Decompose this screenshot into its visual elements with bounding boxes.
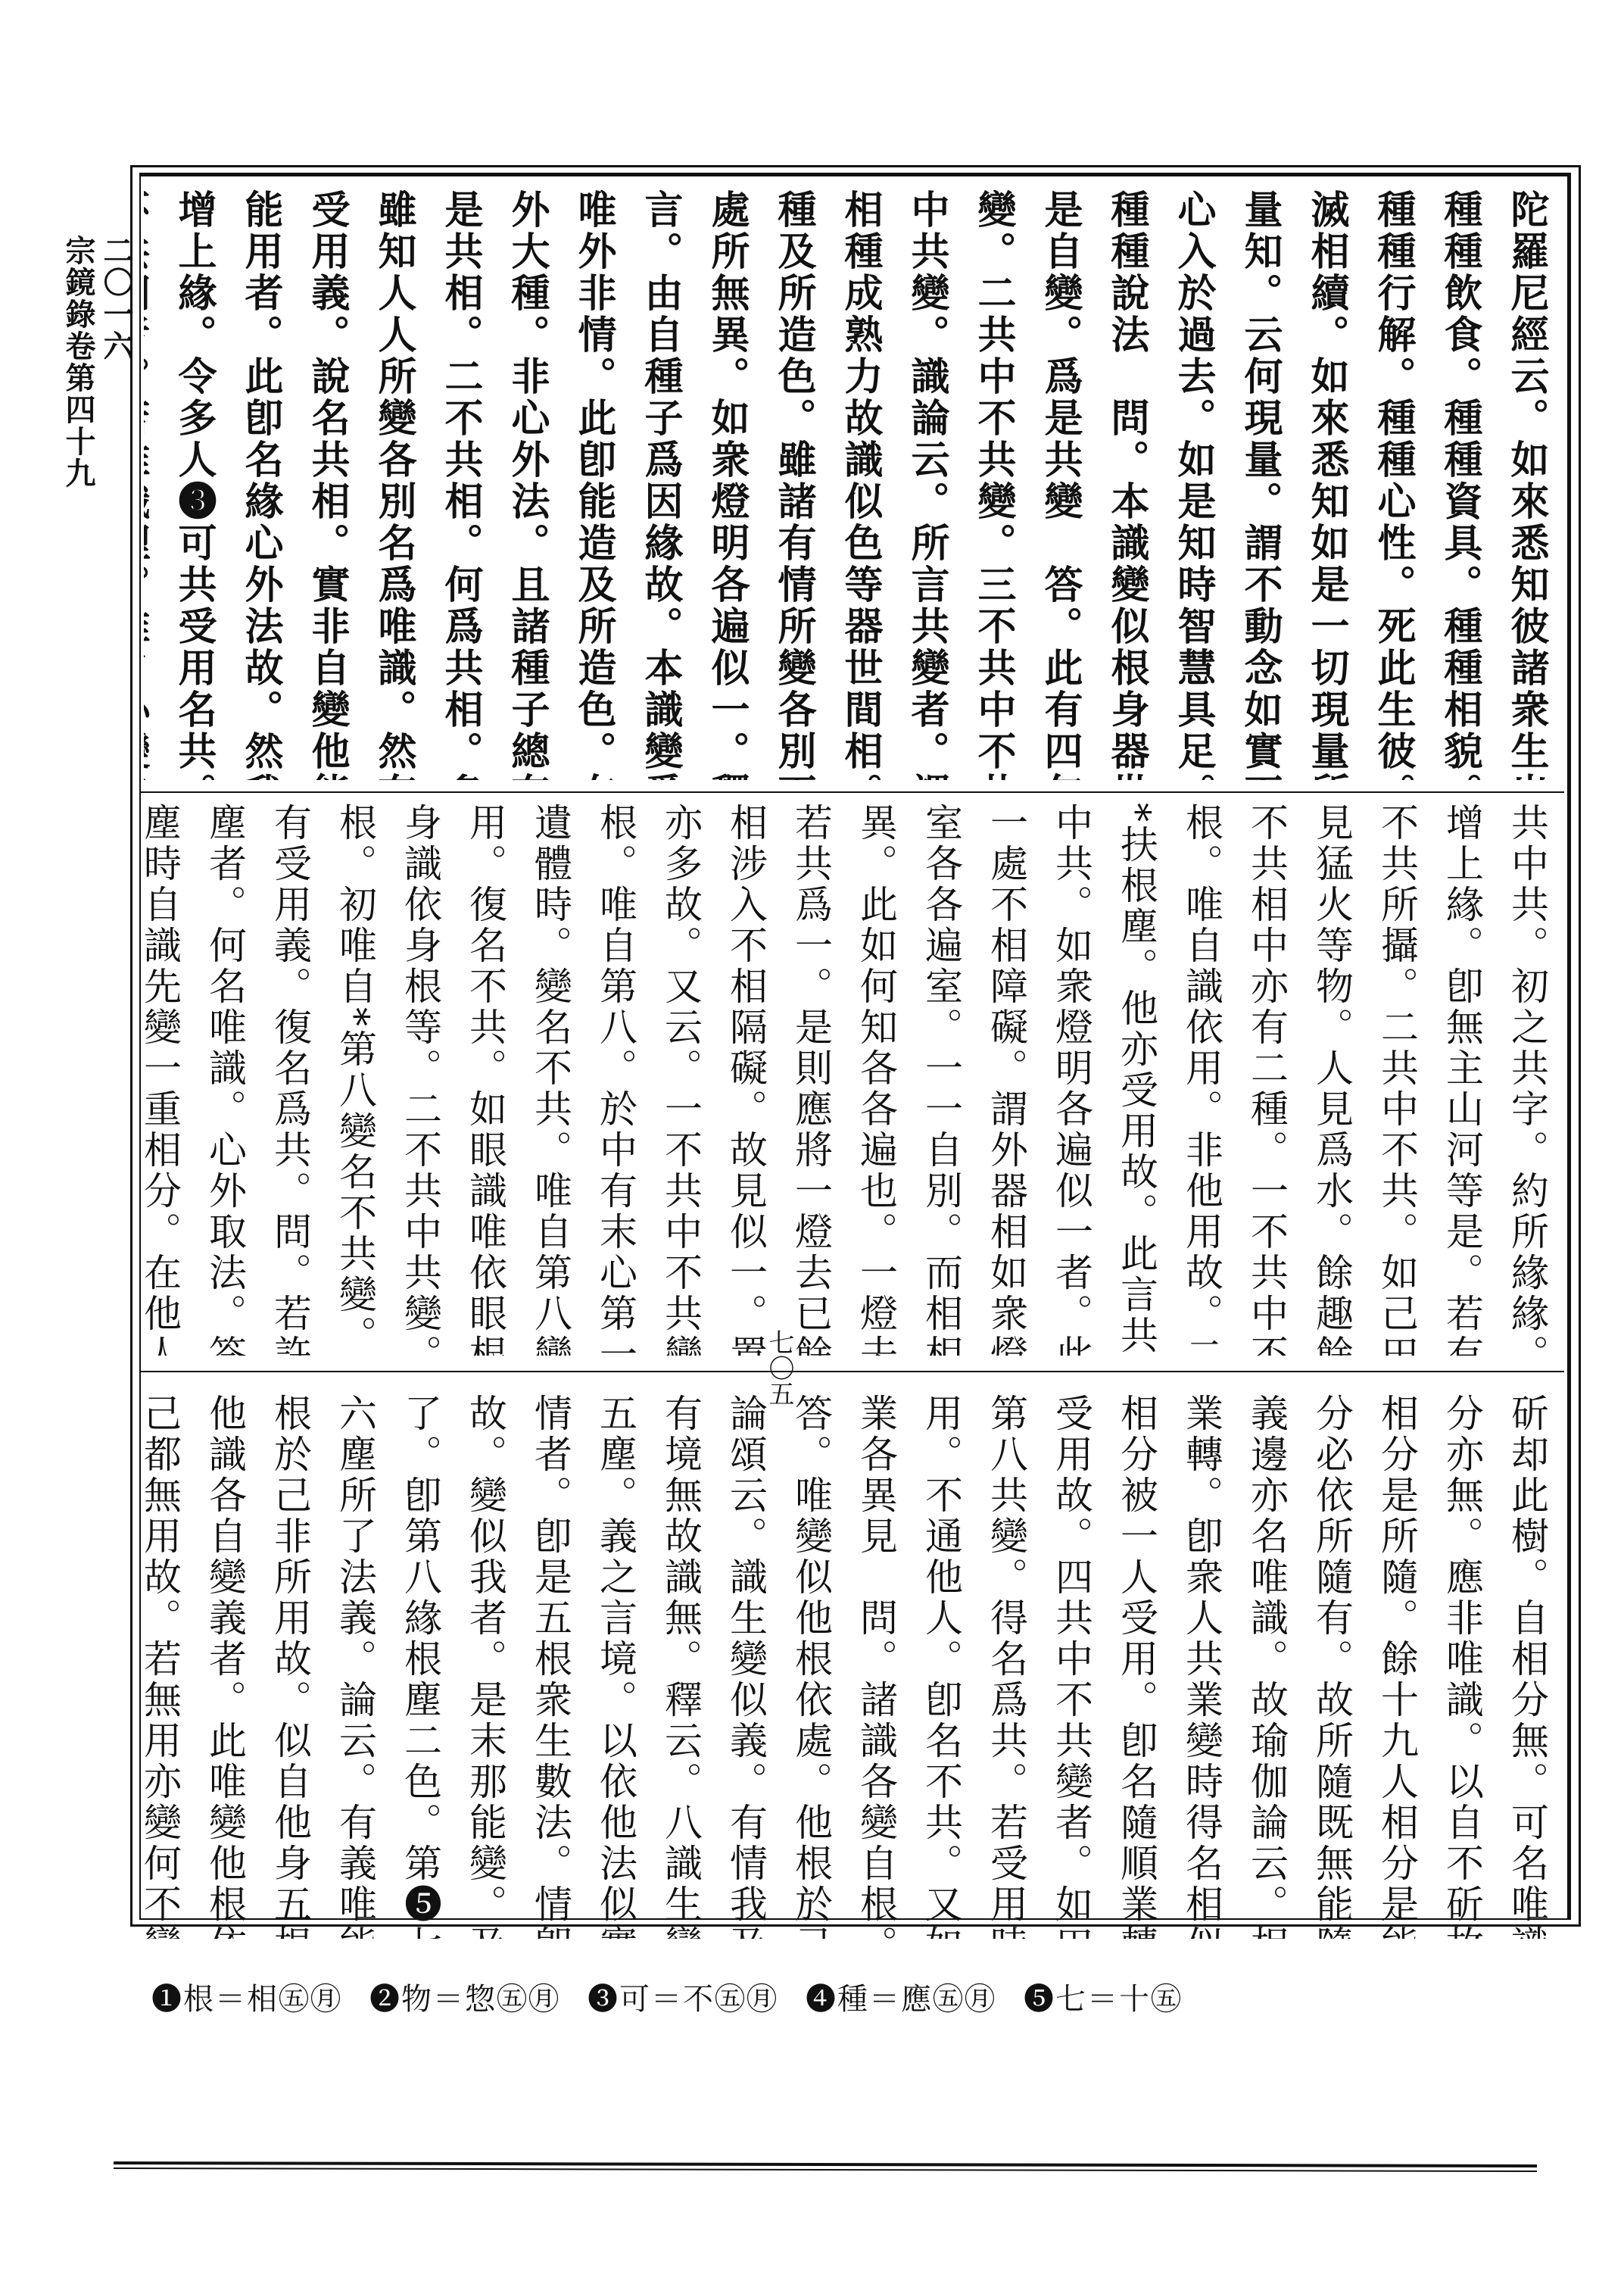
text-column: 遺體時。變名不共。唯自第八變故。又唯自受 (518, 803, 583, 1356)
text-column: 唯外非情。此卽能造及所造色。在外處故言 (560, 189, 627, 780)
text-column: 情者。卽是五根衆生數法。情卽是根。名薩埵 (518, 1393, 583, 1939)
bottom-rule (114, 2167, 1537, 2172)
text-register-middle: 共中共。初之共字。約所緣緣。後之共字。約增上緣。卽無主山河等是。若有主者。卽共中… (144, 803, 1560, 1356)
text-column: 變。二共中不共變。三不共中不共變。四不共 (960, 189, 1027, 780)
text-column: 亦多故。又云。一不共中不共變。如眼等五 (648, 803, 713, 1356)
text-column: 相種成熟力故識似色等器世間相。卽外大 (827, 189, 893, 780)
register-divider (141, 791, 1564, 793)
text-column: 五塵。義之言境。以依他法似實有故。變似有 (583, 1393, 648, 1939)
text-column: 他識各自變義者。此唯變他根依處。他根於 (192, 1393, 257, 1939)
text-column: 增上緣。令多人❸可共受用名共。如山河等。 (161, 189, 227, 780)
text-column: 相涉入不相隔礙。故見似一。置多燈已人影 (713, 803, 778, 1356)
text-column: 見猛火等物。人見爲水。餘趣餘人不能用故。 (1299, 803, 1364, 1356)
running-title: 宗鏡錄卷第四十九 (61, 235, 96, 489)
text-column: 分必依所隨有。故所隨既無能隨亦滅。由此 (1299, 1393, 1364, 1939)
text-column: 業各異見 問。諸識各變自根。還變他根不 (843, 1393, 909, 1939)
text-column: 種種飲食。種種資具。種種相貌。種種❶根器。 (1426, 189, 1493, 780)
text-column: 一處不相障礙。謂外器相如衆燈明。共在一 (974, 803, 1039, 1356)
text-column: 不共相中亦有二種。一不共中不共。如眼等 (1234, 803, 1299, 1356)
text-column: 了。卽第八緣根塵二色。第❺七緣我。六識緣 (388, 1393, 453, 1939)
text-column: 六塵所了法義。論云。有義唯能變似依處。他 (323, 1393, 388, 1939)
text-column: 答。唯變似他根依處。他根於己都無用故。 (778, 1393, 843, 1939)
text-column: 分亦無。應非唯識。以自不斫故。答。一人所斫 (1429, 1393, 1495, 1939)
text-column: 共中共。初之共字。約所緣緣。後之共字。約 (1495, 803, 1560, 1356)
text-column: 能用者。此卽名緣心外法故。然我此❷物爲 (227, 189, 294, 780)
text-column: 增上緣。卽無主山河等是。若有主者。卽共中 (1429, 803, 1495, 1356)
text-column: 陀羅尼經云。如來悉知彼諸衆生出息入息。 (1493, 189, 1560, 780)
text-column: 有境無故識無。釋云。八識生變似義者。卽是 (648, 1393, 713, 1939)
text-column: 室各各遍室。一一自別。而相相似。處所無 (909, 803, 974, 1356)
text-register-bottom: 斫却此樹。自相分無。可名唯識。餘十九人相分亦無。應非唯識。以自不斫故。答。一人所… (144, 1393, 1560, 1939)
text-column: 用。復名不共。如眼識唯依眼根發眼識。乃至 (453, 803, 518, 1356)
text-column: 根。初唯自*第八變名不共變。生已後他人亦 (323, 803, 388, 1356)
text-column: 根於己非所用故。似自他身五根現者。說自 (257, 1393, 323, 1939)
text-column: 業轉。卽衆人共業變時得名相似業。共多人 (1169, 1393, 1234, 1939)
text-column: 中共。如衆燈明各遍似一者。此釋共果同在 (1039, 803, 1104, 1356)
text-column: *扶根塵。他亦受用故。此言共相❹種者。卽共 (1104, 803, 1169, 1356)
text-column: 是共相。二不共相。何爲共相。多人所感故。 (427, 189, 494, 780)
inner-page-number: 七〇五 (761, 1329, 798, 1406)
text-register-top: 陀羅尼經云。如來悉知彼諸衆生出息入息。種種飲食。種種資具。種種相貌。種種❶根器。… (144, 189, 1560, 780)
text-column: 異。此如何知各各遍也。一燈去時其光常遍。 (843, 803, 909, 1356)
text-column: 根。唯自第八。於中有末心第一念。託父母 (583, 803, 648, 1356)
footnote-item: ❶根＝相㊄㊊ (151, 1982, 342, 2017)
text-column: 受用故。四共中不共變者。如田宅妻子。多人 (1039, 1393, 1104, 1939)
text-column: 相分是所隨。餘十九人相分是能隨。能隨相 (1364, 1393, 1429, 1939)
text-column: 滅相續。如來悉知如是一切現量所得。非比 (1293, 189, 1360, 780)
footnote-item: ❺七＝十㊄ (1024, 1982, 1183, 2017)
text-column: 量知。云何現量。謂不動念如實而知。非流注 (1227, 189, 1293, 780)
footnote-item: ❷物＝惣㊄㊊ (369, 1982, 560, 2017)
text-column: 言。由自種子爲因緣故。本識變爲器世間相。 (627, 189, 694, 780)
footnote-item: ❸可＝不㊄㊊ (588, 1982, 778, 2017)
text-column: 不共所攝。二共中不共。如己田宅及鬼等所 (1364, 803, 1429, 1356)
text-column: 受用義。說名共相。實非自變他能用之。若 (294, 189, 360, 780)
text-column: 義邊亦名唯識。故瑜伽論云。相似業生隨順 (1234, 1393, 1299, 1939)
text-column: 心入於過去。如是知時智慧具足。隨衆生心 (1160, 189, 1227, 780)
text-column: 雖知人人所變各別名爲唯識。然有相似共 (360, 189, 427, 780)
text-column: 種種行解。種種心性。死此生彼。刹那流注。生 (1360, 189, 1426, 780)
text-column: 第八共變。得名爲共。若受用時唯自前六受 (974, 1393, 1039, 1939)
text-column: 有受用義。復名爲共。問。若許受用他人*扶 (257, 803, 323, 1356)
text-column: 用。不通他人。卽名不共。又如一水應四心隨 (909, 1393, 974, 1939)
text-column: 相分被一人受用。卽名隨順業轉。又共變共 (1104, 1393, 1169, 1939)
text-column: 斫却此樹。自相分無。可名唯識。餘十九人相 (1495, 1393, 1560, 1939)
text-column: 種及所造色。雖諸有情所變各別而相相似。 (760, 189, 827, 780)
bottom-rule (114, 2161, 1537, 2167)
text-column: 種種說法 問。本識變似根身器世間等。爲 (1093, 189, 1160, 780)
text-column: 外大種。非心外法。且諸種子總有二種。一 (494, 189, 560, 780)
page-number: 二〇一六 (97, 235, 135, 444)
footnote-item: ❹種＝應㊄㊊ (806, 1982, 996, 2017)
text-column: 中共變。識論云。所言共變者。謂異熟識由共 (893, 189, 960, 780)
text-column: 若共爲一。是則應將一燈去已餘明不遍。又 (778, 803, 843, 1356)
text-column: 身識依身根等。二不共中共變。卽內*扶塵 (388, 803, 453, 1356)
text-column: 根。唯自識依用。非他用故。二不共中共。如自 (1169, 803, 1234, 1356)
text-column: 論頌云。識生變似義。有情我及了。此境實非 (713, 1393, 778, 1939)
text-column: 是自變。爲是共變 答。此有四句。一共中共 (1027, 189, 1093, 780)
text-column: 處所無異。如衆燈明各遍似一。釋云此義意 (694, 189, 760, 780)
footnotes: ❶根＝相㊄㊊❷物＝惣㊄㊊❸可＝不㊄㊊❹種＝應㊄㊊❺七＝十㊄ (151, 1975, 1210, 2018)
text-column: 故。變似我者。是末那能變。及了者六識緣 (453, 1393, 518, 1939)
page-margin: 二〇一六 宗鏡錄卷第四十九 (97, 235, 135, 489)
text-column: 己都無用故。若無用亦變何不變七識。無緣 (144, 1393, 192, 1939)
register-divider (141, 1371, 1564, 1372)
text-column: 塵時自識先變一重相分。在他人身上。若受 (144, 803, 192, 1356)
text-column: 不共相者。若唯識理。唯自心變名不共相。一 (144, 189, 161, 780)
text-column: 塵者。何名唯識。心外取法。答。受用他人*扶 (192, 803, 257, 1356)
